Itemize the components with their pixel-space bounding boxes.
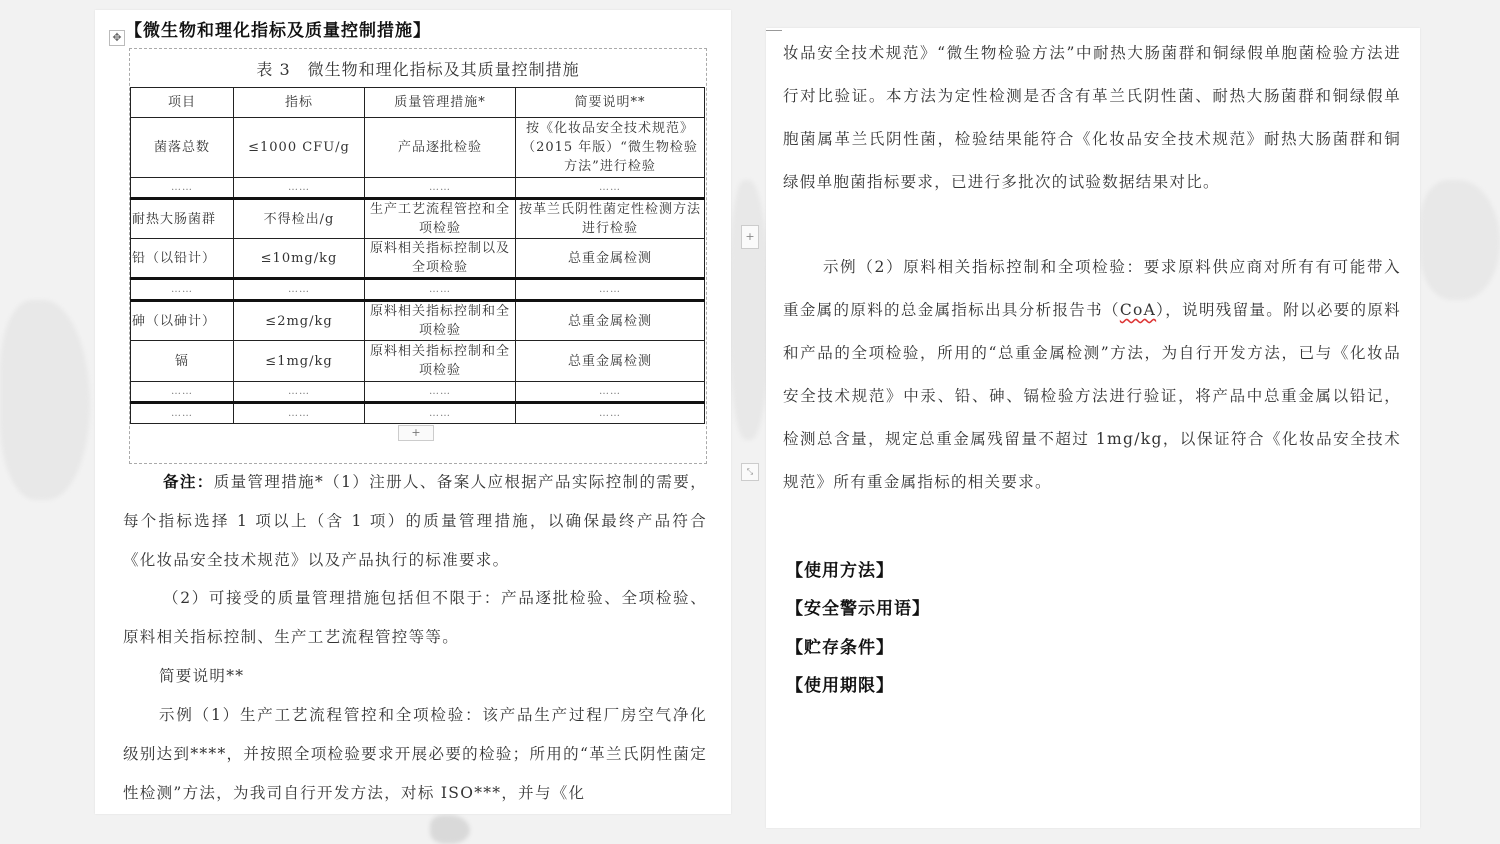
cell-index: ≤1000 CFU/g bbox=[234, 118, 365, 178]
cell-measure: 产品逐批检验 bbox=[365, 118, 516, 178]
cell-index: 不得检出/g bbox=[234, 199, 365, 239]
table-row: …… …… …… …… bbox=[131, 178, 705, 199]
cell-item: 镉 bbox=[131, 341, 234, 382]
cell-index: ≤1mg/kg bbox=[234, 341, 365, 382]
add-row-button[interactable]: + bbox=[398, 425, 434, 441]
body-paragraph-2: 示例（2）原料相关指标控制和全项检验：要求原料供应商对所有有可能带入重金属的原料… bbox=[783, 246, 1401, 504]
cell-note: …… bbox=[516, 279, 705, 301]
cell-note: 按革兰氏阴性菌定性检测方法进行检验 bbox=[516, 199, 705, 239]
table-row: …… …… …… …… bbox=[131, 382, 705, 403]
notes-paragraph-1: 备注：质量管理措施*（1）注册人、备案人应根据产品实际控制的需要，每个指标选择 … bbox=[123, 462, 707, 580]
document-page-right: 妆品安全技术规范》“微生物检验方法”中耐热大肠菌群和铜绿假单胞菌检验方法进行对比… bbox=[766, 28, 1420, 828]
cell-measure: 原料相关指标控制以及全项检验 bbox=[365, 239, 516, 279]
background-texture bbox=[0, 300, 90, 500]
section-heading: 【微生物和理化指标及质量控制措施】 bbox=[125, 16, 431, 41]
background-texture bbox=[430, 815, 470, 844]
cell-measure: …… bbox=[365, 279, 516, 301]
cell-index: …… bbox=[234, 403, 365, 424]
cell-measure: 原料相关指标控制和全项检验 bbox=[365, 341, 516, 382]
cell-measure: 生产工艺流程管控和全项检验 bbox=[365, 199, 516, 239]
table-row: 菌落总数 ≤1000 CFU/g 产品逐批检验 按《化妆品安全技术规范》（201… bbox=[131, 118, 705, 178]
notes-paragraph-2: （2）可接受的质量管理措施包括但不限于：产品逐批检验、全项检验、原料相关指标控制… bbox=[123, 579, 707, 657]
cell-index: ≤2mg/kg bbox=[234, 301, 365, 341]
table-row: 镉 ≤1mg/kg 原料相关指标控制和全项检验 总重金属检测 bbox=[131, 341, 705, 382]
cell-measure: …… bbox=[365, 382, 516, 403]
cell-note: 总重金属检测 bbox=[516, 239, 705, 279]
paragraph-text: ），说明残留量。附以必要的原料和产品的全项检验，所用的“总重金属检测”方法，为自… bbox=[783, 301, 1401, 491]
table-row: …… …… …… …… bbox=[131, 403, 705, 424]
cell-note: …… bbox=[516, 178, 705, 199]
heading-usage: 【使用方法】 bbox=[786, 556, 894, 581]
background-texture bbox=[730, 180, 770, 440]
cell-note: 按《化妆品安全技术规范》（2015 年版）“微生物检验方法”进行检验 bbox=[516, 118, 705, 178]
cell-measure: …… bbox=[365, 403, 516, 424]
cell-item: 耐热大肠菌群 bbox=[131, 199, 234, 239]
cell-item: 铅（以铅计） bbox=[131, 239, 234, 279]
cell-item: 菌落总数 bbox=[131, 118, 234, 178]
cell-item: 砷（以砷计） bbox=[131, 301, 234, 341]
cell-measure: …… bbox=[365, 178, 516, 199]
table-row: 砷（以砷计） ≤2mg/kg 原料相关指标控制和全项检验 总重金属检测 bbox=[131, 301, 705, 341]
table-caption: 表 3 微生物和理化指标及其质量控制措施 bbox=[130, 57, 706, 80]
spec-table: 项目 指标 质量管理措施* 简要说明** 菌落总数 ≤1000 CFU/g 产品… bbox=[130, 87, 705, 424]
table-row: 耐热大肠菌群 不得检出/g 生产工艺流程管控和全项检验 按革兰氏阴性菌定性检测方… bbox=[131, 199, 705, 239]
heading-shelf-life: 【使用期限】 bbox=[786, 671, 894, 696]
table-row: 铅（以铅计） ≤10mg/kg 原料相关指标控制以及全项检验 总重金属检测 bbox=[131, 239, 705, 279]
background-texture bbox=[1420, 180, 1500, 300]
body-paragraph-1: 妆品安全技术规范》“微生物检验方法”中耐热大肠菌群和铜绿假单胞菌检验方法进行对比… bbox=[783, 32, 1401, 204]
table-header-row: 项目 指标 质量管理措施* 简要说明** bbox=[131, 88, 705, 118]
cell-item: …… bbox=[131, 279, 234, 301]
cell-note: …… bbox=[516, 403, 705, 424]
document-page-left: 【微生物和理化指标及质量控制措施】 ✥ 表 3 微生物和理化指标及其质量控制措施… bbox=[95, 10, 731, 814]
cell-index: ≤10mg/kg bbox=[234, 239, 365, 279]
notes-label: 备注： bbox=[163, 472, 214, 491]
header-index: 指标 bbox=[234, 88, 365, 118]
table-frame: 表 3 微生物和理化指标及其质量控制措施 项目 指标 质量管理措施* 简要说明*… bbox=[129, 48, 707, 464]
cell-index: …… bbox=[234, 382, 365, 403]
header-item: 项目 bbox=[131, 88, 234, 118]
cell-measure: 原料相关指标控制和全项检验 bbox=[365, 301, 516, 341]
page-corner-mark bbox=[766, 30, 782, 31]
header-measure: 质量管理措施* bbox=[365, 88, 516, 118]
cell-item: …… bbox=[131, 403, 234, 424]
cell-note: 总重金属检测 bbox=[516, 301, 705, 341]
cell-item: …… bbox=[131, 178, 234, 199]
cell-index: …… bbox=[234, 178, 365, 199]
table-resize-handle-icon[interactable]: ⤡ bbox=[741, 463, 759, 481]
notes-paragraph-4: 示例（1）生产工艺流程管控和全项检验：该产品生产过程厂房空气净化级别达到****… bbox=[123, 696, 707, 813]
cell-item: …… bbox=[131, 382, 234, 403]
heading-safety-warnings: 【安全警示用语】 bbox=[786, 594, 930, 619]
table-move-handle-icon[interactable]: ✥ bbox=[109, 30, 125, 46]
spellcheck-word[interactable]: CoA bbox=[1120, 301, 1156, 319]
cell-index: …… bbox=[234, 279, 365, 301]
table-row: …… …… …… …… bbox=[131, 279, 705, 301]
header-note: 简要说明** bbox=[516, 88, 705, 118]
cell-note: 总重金属检测 bbox=[516, 341, 705, 382]
notes-paragraph-3: 简要说明** bbox=[123, 657, 707, 696]
add-column-button[interactable]: + bbox=[741, 225, 759, 249]
heading-storage: 【贮存条件】 bbox=[786, 633, 894, 658]
cell-note: …… bbox=[516, 382, 705, 403]
